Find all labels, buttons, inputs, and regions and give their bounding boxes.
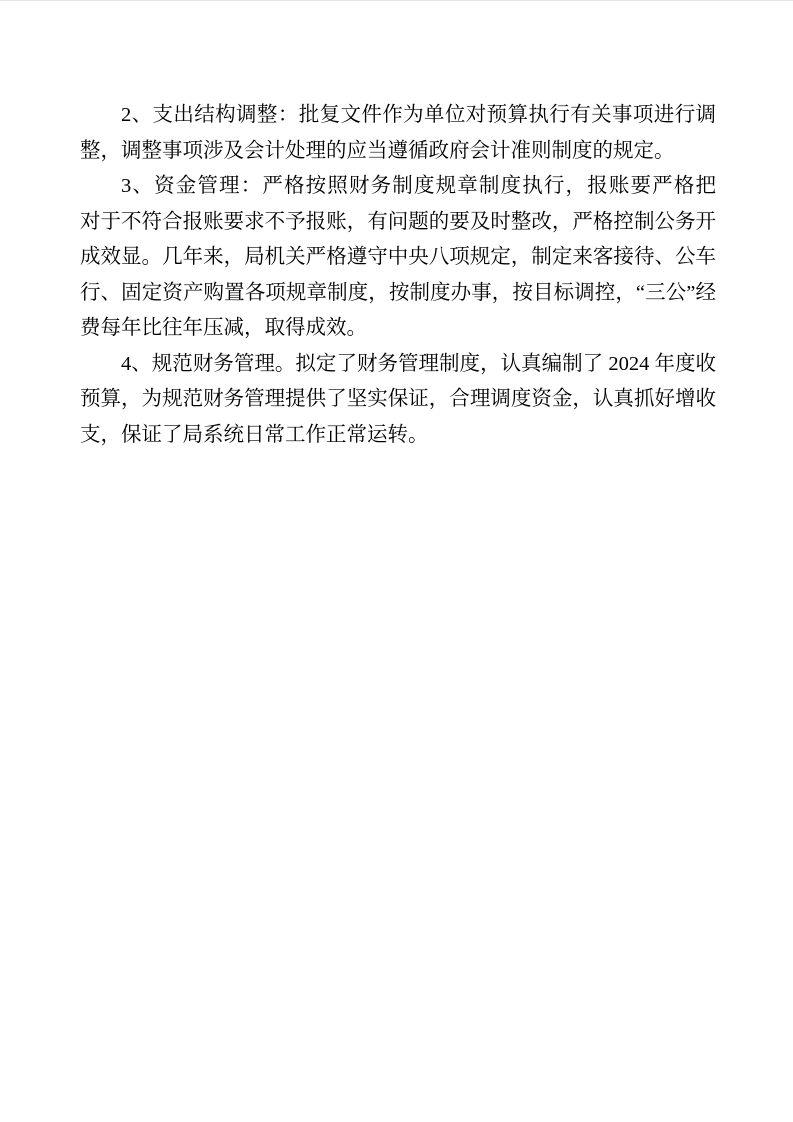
- paragraph-item-4: 4、规范财务管理。拟定了财务管理制度，认真编制了 2024 年度收支 预算，为规…: [80, 347, 716, 454]
- text-line: 费每年比往年压减，取得成效。: [80, 311, 716, 347]
- text-line: 3、资金管理：严格按照财务制度规章制度执行，报账要严格把关，: [80, 169, 716, 205]
- text-line: 行、固定资产购置各项规章制度，按制度办事，按目标调控，“三公”经: [80, 276, 716, 312]
- document-body: 2、支出结构调整：批复文件作为单位对预算执行有关事项进行调 整，调整事项涉及会计…: [80, 98, 716, 453]
- text-line: 2、支出结构调整：批复文件作为单位对预算执行有关事项进行调: [80, 98, 716, 134]
- text-line: 成效显。几年来，局机关严格遵守中央八项规定，制定来客接待、公车运: [80, 240, 716, 276]
- paragraph-item-2: 2、支出结构调整：批复文件作为单位对预算执行有关事项进行调 整，调整事项涉及会计…: [80, 98, 716, 169]
- page-top-edge-line: [0, 0, 793, 1]
- text-line: 整，调整事项涉及会计处理的应当遵循政府会计准则制度的规定。: [80, 134, 716, 170]
- paragraph-item-3: 3、资金管理：严格按照财务制度规章制度执行，报账要严格把关， 对于不符合报账要求…: [80, 169, 716, 347]
- document-page: 2、支出结构调整：批复文件作为单位对预算执行有关事项进行调 整，调整事项涉及会计…: [0, 0, 793, 1122]
- text-line: 对于不符合报账要求不予报账，有问题的要及时整改，严格控制公务开支: [80, 205, 716, 241]
- text-line: 4、规范财务管理。拟定了财务管理制度，认真编制了 2024 年度收支: [80, 347, 716, 383]
- text-line: 预算，为规范财务管理提供了坚实保证，合理调度资金，认真抓好增收节: [80, 382, 716, 418]
- text-line: 支，保证了局系统日常工作正常运转。: [80, 418, 716, 454]
